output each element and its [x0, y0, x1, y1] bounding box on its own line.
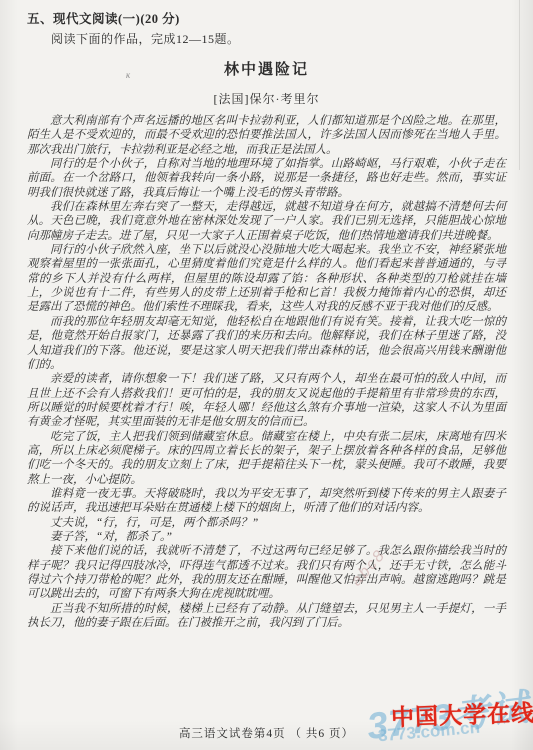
- paragraph: 意大利南部有个声名远播的地区名叫卡拉勃利亚，人们都知道那是个凶险之地。在那里，陌…: [27, 114, 506, 157]
- pencil-stray-mark: ĸ: [126, 70, 130, 80]
- paragraph: 亲爱的读者，请你想象一下！我们迷了路，又只有两个人，却坐在最可怕的敌人中间，而且…: [27, 372, 506, 429]
- scan-edge-line: [519, 0, 520, 170]
- dialogue-line: 妻子答，“对，都杀了。”: [27, 530, 506, 544]
- article-title: 林中遇险记: [27, 58, 506, 79]
- paragraph: 我们在森林里左奔右突了一整天，走得越远，就越不知道身在何方，就越搞不清楚何去何从…: [27, 200, 506, 243]
- article-author: [法国]保尔·考里尔: [27, 90, 506, 107]
- page-footer: 高三语文试卷第4页 （ 共6 页）: [0, 725, 533, 741]
- page-content: 五、现代文阅读(一)(20 分) 阅读下面的作品，完成12—15题。 林中遇险记…: [0, 0, 533, 630]
- paragraph: 谁料竟一夜无事。天将破晓时，我以为平安无事了，却突然听到楼下传来的男主人跟妻子的…: [27, 487, 506, 516]
- article-body: 意大利南部有个声名远播的地区名叫卡拉勃利亚，人们都知道那是个凶险之地。在那里，陌…: [27, 114, 506, 630]
- paragraph: 吃完了饭，主人把我们领到储藏室休息。储藏室在楼上，中央有张二层床，床离地有四米高…: [27, 430, 506, 487]
- paragraph: 而我的那位年轻朋友却毫无知觉，他轻松自在地跟他们有说有笑。接着，让我大吃一惊的是…: [27, 315, 506, 372]
- paragraph: 接下来他们说的话，我就听不清楚了，不过这两句已经足够了。我怎么跟你描绘我当时的样…: [27, 544, 506, 601]
- paragraph: 同行的是个小伙子，自称对当地的地理环境了如指掌。山路崎岖，马行艰难，小伙子走在前…: [27, 157, 506, 200]
- reading-instruction: 阅读下面的作品，完成12—15题。: [27, 30, 506, 48]
- exam-paper-page: 五、现代文阅读(一)(20 分) 阅读下面的作品，完成12—15题。 林中遇险记…: [0, 0, 533, 750]
- paragraph: 同行的小伙子欣然入座，坐下以后就没心没肺地大吃大喝起来。我坐立不安，神经紧张地观…: [27, 243, 506, 315]
- dialogue-line: 丈夫说，“行，行，可是，两个都杀吗？”: [27, 516, 506, 530]
- section-title: 五、现代文阅读(一)(20 分): [27, 10, 506, 28]
- paragraph: 正当我不知所措的时候，楼梯上已经有了动静。从门缝望去，只见男主人一手提灯，一手执…: [27, 602, 506, 631]
